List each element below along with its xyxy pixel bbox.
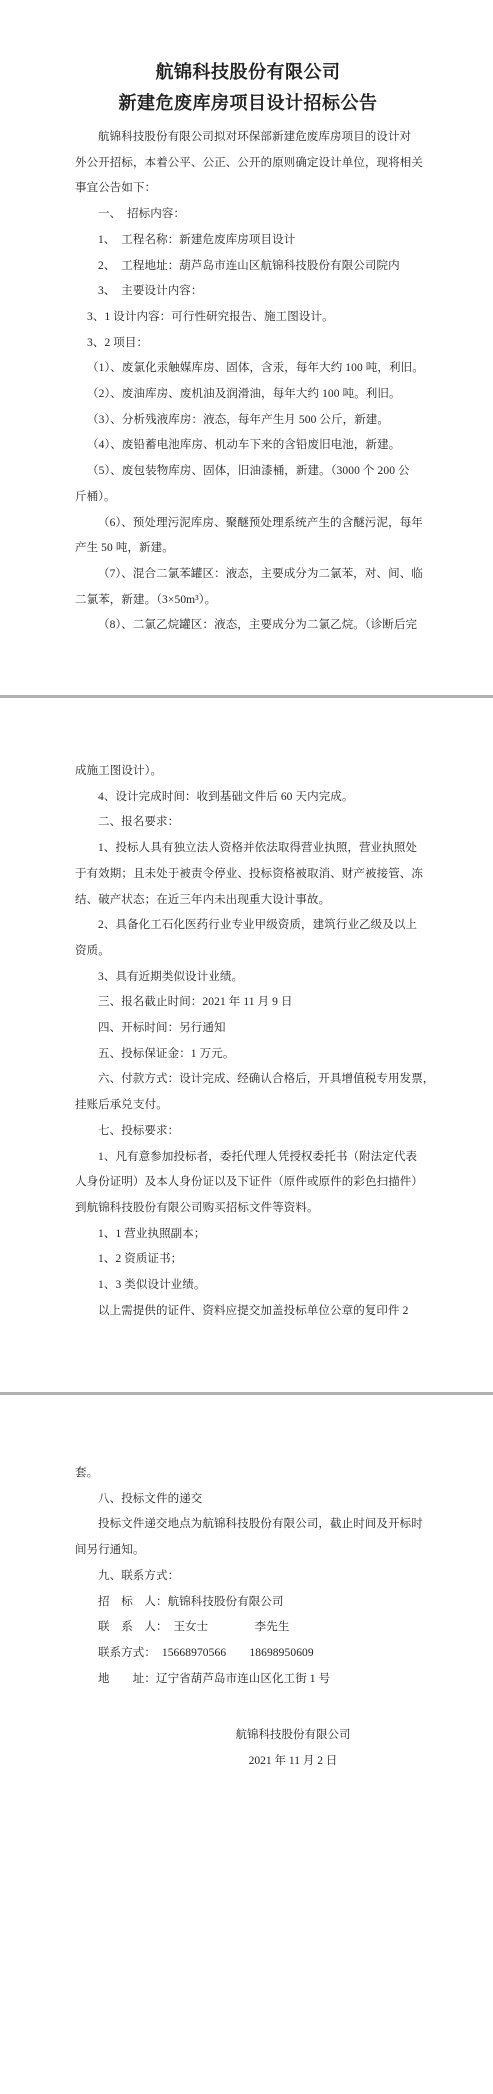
text-line: 事宜公告如下： <box>75 176 421 202</box>
text-line: （4）、废铅蓄电池库房、机动车下来的含铅废旧电池，新建。 <box>75 433 421 459</box>
text-line: 九、联系方式： <box>75 1564 421 1590</box>
text-line: 外公开招标，本着公平、公正、公开的原则确定设计单位，现将相关 <box>75 151 421 177</box>
text-line: 到航锦科技股份有限公司购买招标文件等资料。 <box>75 1196 421 1222</box>
text-line: 1、3 类似设计业绩。 <box>75 1273 421 1299</box>
signature-block: 航锦科技股份有限公司 2021 年 11 月 2 日 <box>165 1723 421 1774</box>
text-line: 1、凡有意参加投标者，委托代理人凭授权委托书（附法定代表 <box>75 1145 421 1171</box>
text-line: 3、 主要设计内容： <box>75 279 421 305</box>
text-line: 4、设计完成时间：收到基础文件后 60 天内完成。 <box>75 785 421 811</box>
text-line: 产生 50 吨，新建。 <box>75 536 421 562</box>
text-line: 成施工图设计）。 <box>75 759 421 785</box>
text-line: 结、破产状态；在近三年内未出现重大设计事故。 <box>75 888 421 914</box>
text-line: 八、投标文件的递交 <box>75 1487 421 1513</box>
text-line: 3、具有近期类似设计业绩。 <box>75 965 421 991</box>
text-line: （7）、混合二氯苯罐区：液态，主要成分为二氯苯，对、间、临 <box>75 562 421 588</box>
text-line: 联 系 人： 王女士 李先生 <box>75 1615 421 1641</box>
page-2: 成施工图设计）。4、设计完成时间：收到基础文件后 60 天内完成。二、报名要求：… <box>0 698 493 1392</box>
text-line: 2、具备化工石化医药行业专业甲级资质，建筑行业乙级及以上 <box>75 913 421 939</box>
text-line: 1、 工程名称：新建危废库房项目设计 <box>75 228 421 254</box>
text-line: （3）、分析残液库房：液态，每年产生月 500 公斤，新建。 <box>75 408 421 434</box>
text-line: （1）、废氯化汞触媒库房、固体，含汞，每年大约 100 吨，利旧。 <box>75 356 421 382</box>
page-2-body: 成施工图设计）。4、设计完成时间：收到基础文件后 60 天内完成。二、报名要求：… <box>75 759 421 1324</box>
text-line: 于有效期；且未处于被责令停业、投标资格被取消、财产被接管、冻 <box>75 862 421 888</box>
text-line: 三、报名截止时间：2021 年 11 月 9 日 <box>75 990 421 1016</box>
text-line: 3、1 设计内容：可行性研究报告、施工图设计。 <box>75 305 421 331</box>
text-line: 七、投标要求： <box>75 1119 421 1145</box>
text-line: （5）、废包装物库房、固体，旧油漆桶，新建。（3000 个 200 公 <box>75 459 421 485</box>
text-line: 挂账后承兑支付。 <box>75 1093 421 1119</box>
text-line: 资质。 <box>75 939 421 965</box>
text-line: 四、开标时间：另行通知 <box>75 1016 421 1042</box>
text-line: 1、1 营业执照副本； <box>75 1222 421 1248</box>
text-line: 招 标 人：航锦科技股份有限公司 <box>75 1590 421 1616</box>
text-line: 间另行通知。 <box>75 1538 421 1564</box>
text-line: 1、2 资质证书； <box>75 1247 421 1273</box>
text-line: 联系方式： 15668970566 18698950609 <box>75 1641 421 1667</box>
signature-company: 航锦科技股份有限公司 <box>165 1723 421 1749</box>
text-line: 套。 <box>75 1461 421 1487</box>
text-line: 人身份证明）及本人身份证以及下证件（原件或原件的彩色扫描件） <box>75 1170 421 1196</box>
text-line: 五、投标保证金：1 万元。 <box>75 1042 421 1068</box>
page-3: 套。八、投标文件的递交投标文件递交地点为航锦科技股份有限公司，截止时间及开标时间… <box>0 1395 493 2094</box>
page-1: 航锦科技股份有限公司 新建危废库房项目设计招标公告 航锦科技股份有限公司拟对环保… <box>0 0 493 695</box>
text-line: 以上需提供的证件、资料应提交加盖投标单位公章的复印件 2 <box>75 1299 421 1325</box>
text-line: 斤桶）。 <box>75 485 421 511</box>
document-title-line-1: 航锦科技股份有限公司 <box>75 57 421 88</box>
text-line: 六、付款方式：设计完成、经确认合格后，开具增值税专用发票， <box>75 1067 421 1093</box>
tender-announcement-document: 航锦科技股份有限公司 新建危废库房项目设计招标公告 航锦科技股份有限公司拟对环保… <box>0 0 493 2094</box>
document-title-line-2: 新建危废库房项目设计招标公告 <box>75 88 421 119</box>
text-line: （6）、预处理污泥库房、聚醚预处理系统产生的含醚污泥，每年 <box>75 511 421 537</box>
text-line: （8）、二氯乙烷罐区：液态，主要成分为二氯乙烷。（诊断后完 <box>75 613 421 639</box>
signature-date: 2021 年 11 月 2 日 <box>165 1749 421 1775</box>
text-line: 一、 招标内容： <box>75 202 421 228</box>
text-line: 2、 工程地址：葫芦岛市连山区航锦科技股份有限公司院内 <box>75 254 421 280</box>
page-1-body: 航锦科技股份有限公司拟对环保部新建危废库房项目的设计对外公开招标，本着公平、公正… <box>75 125 421 639</box>
text-line: 3、2 项目： <box>75 331 421 357</box>
text-line: （2）、废油库房、废机油及润滑油，每年大约 100 吨。利旧。 <box>75 382 421 408</box>
text-line: 二、报名要求： <box>75 810 421 836</box>
text-line: 地 址：辽宁省葫芦岛市连山区化工街 1 号 <box>75 1667 421 1693</box>
text-line: 二氯苯，新建。（3×50m³）。 <box>75 588 421 614</box>
text-line: 投标文件递交地点为航锦科技股份有限公司，截止时间及开标时 <box>75 1512 421 1538</box>
page-3-body: 套。八、投标文件的递交投标文件递交地点为航锦科技股份有限公司，截止时间及开标时间… <box>75 1461 421 1692</box>
text-line: 1、投标人具有独立法人资格并依法取得营业执照，营业执照处 <box>75 836 421 862</box>
text-line: 航锦科技股份有限公司拟对环保部新建危废库房项目的设计对 <box>75 125 421 151</box>
